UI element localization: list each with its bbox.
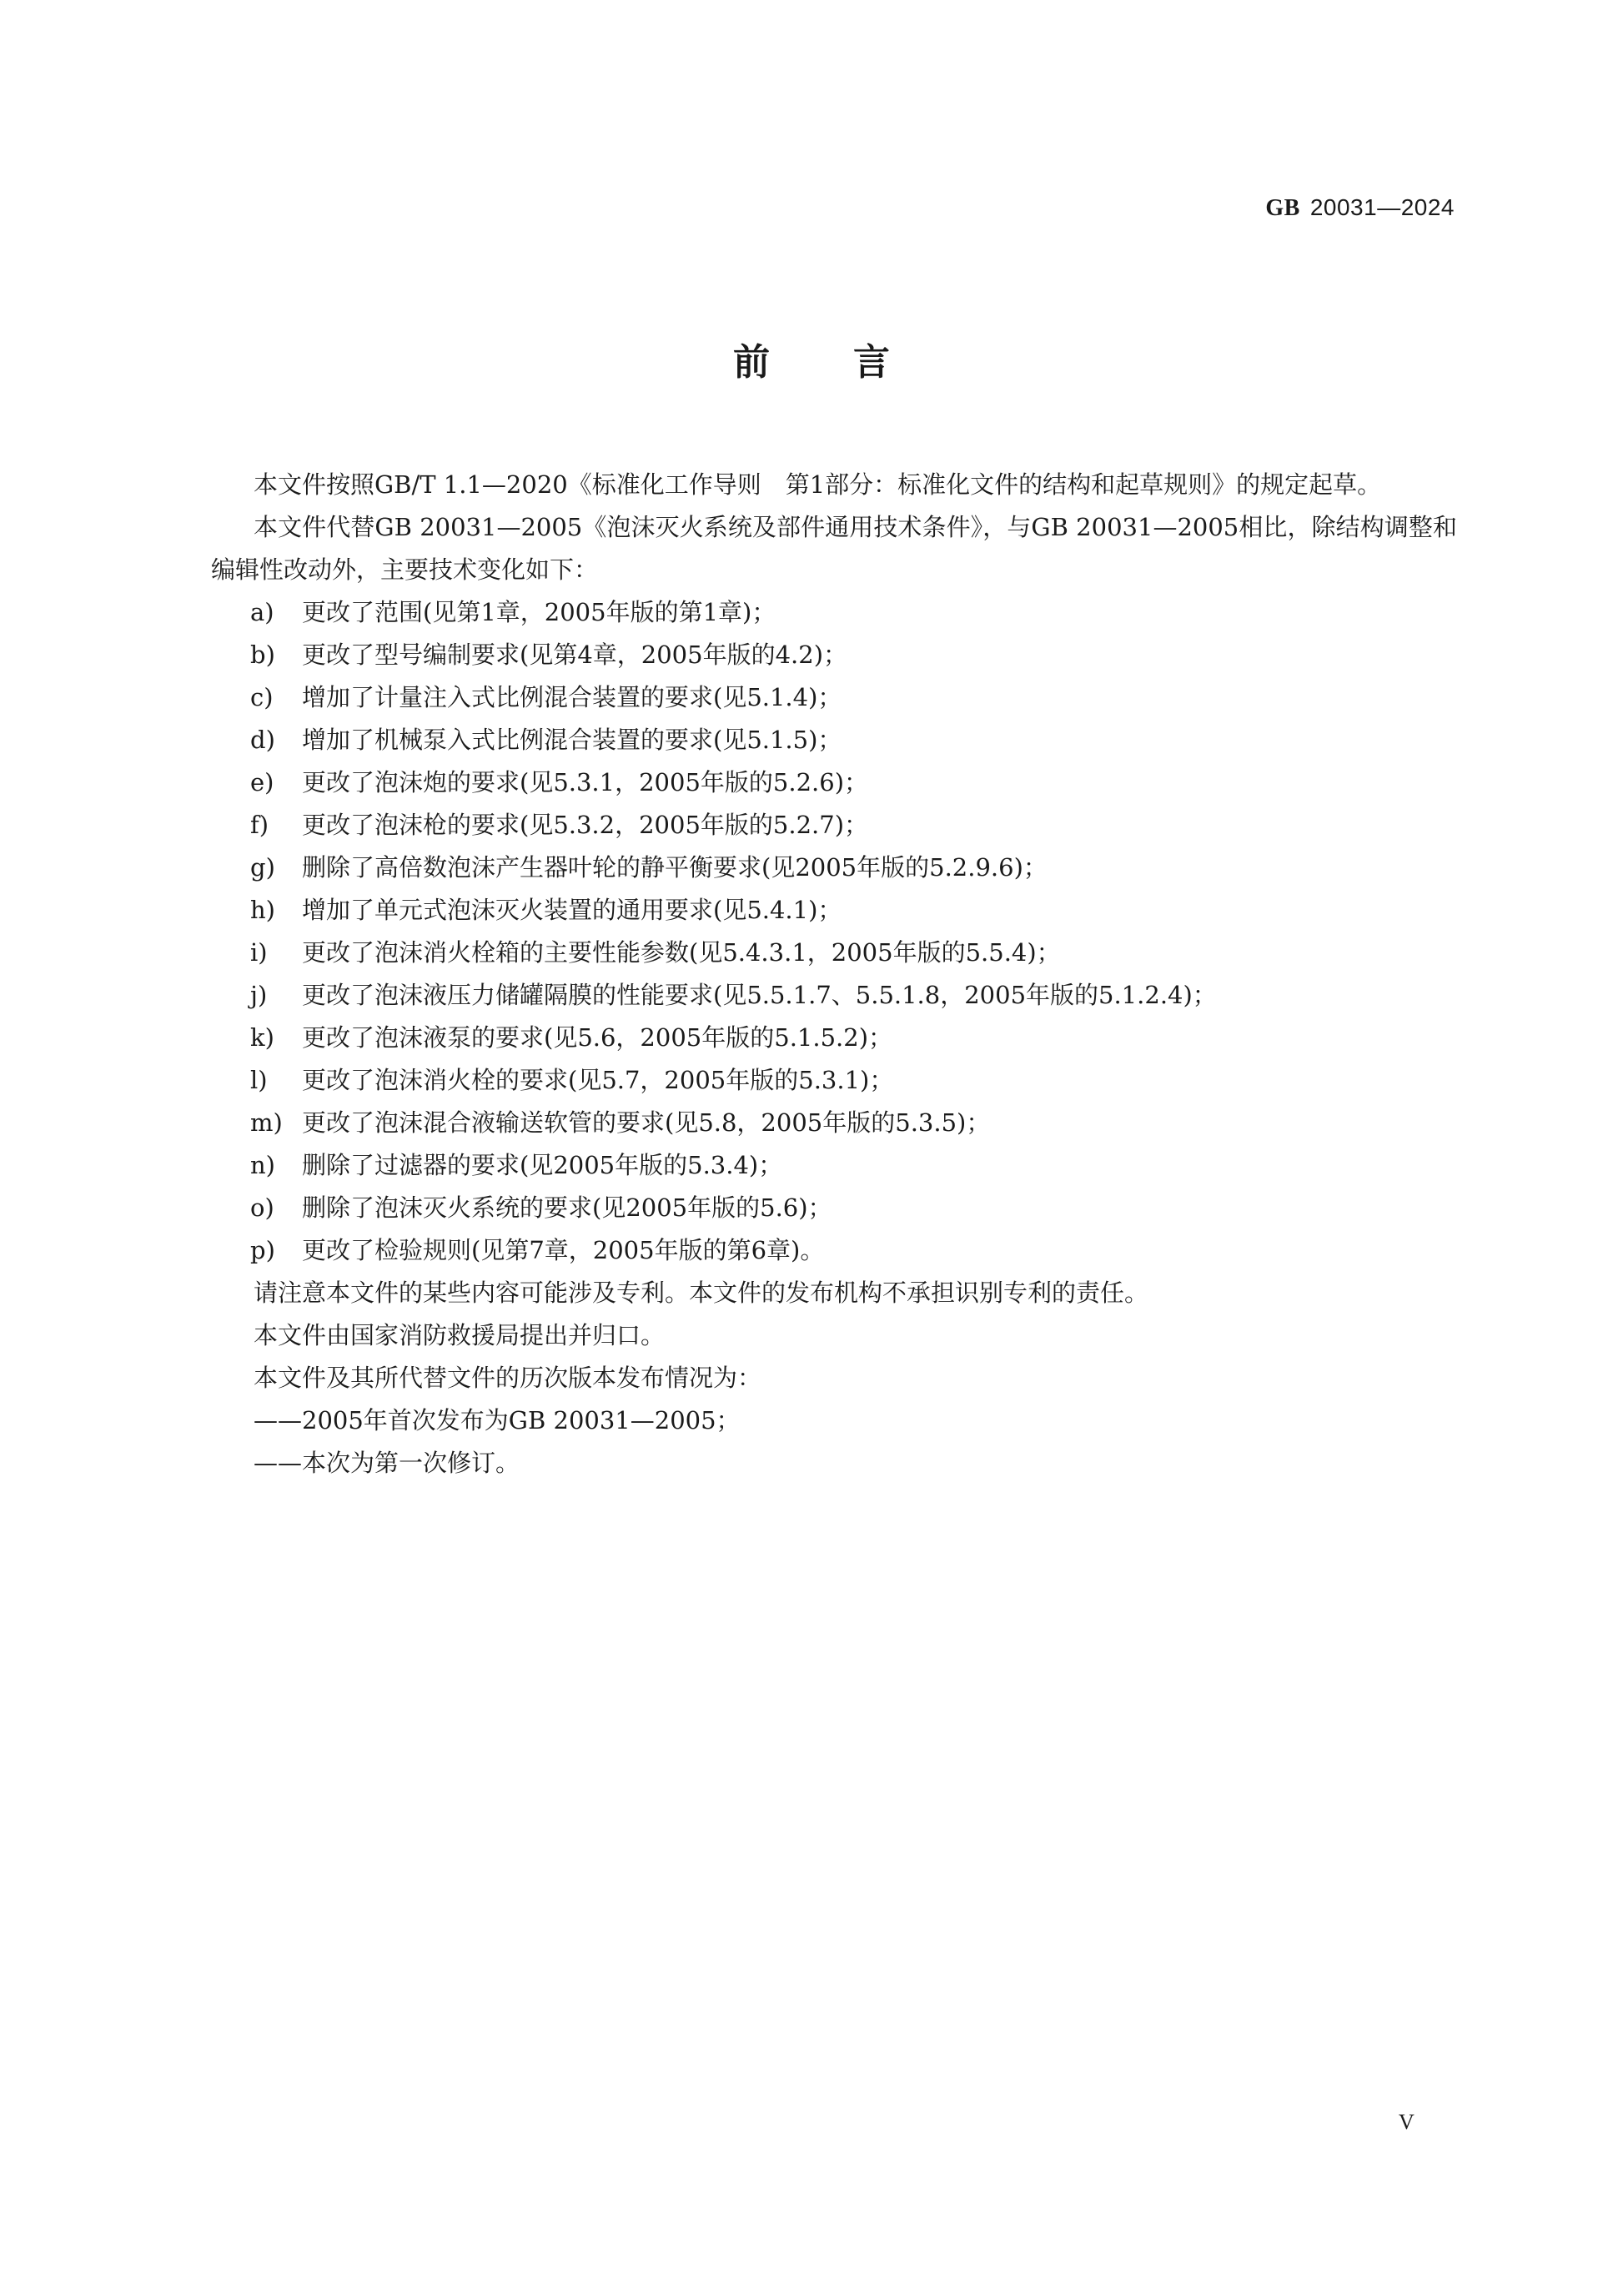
proposer-statement: 本文件由国家消防救援局提出并归口。 (211, 1314, 1457, 1357)
list-marker: k) (250, 1017, 302, 1059)
list-item-text: 增加了机械泵入式比例混合装置的要求(见5.1.5)； (302, 719, 842, 761)
drafting-rules-paragraph: 本文件按照GB/T 1.1—2020《标准化工作导则 第1部分：标准化文件的结构… (211, 464, 1457, 506)
list-marker: i) (250, 932, 302, 974)
list-marker: g) (250, 847, 302, 889)
list-item: h)增加了单元式泡沫灭火装置的通用要求(见5.4.1)； (211, 889, 1457, 932)
list-marker: b) (250, 634, 302, 676)
technical-changes-list: a)更改了范围(见第1章，2005年版的第1章)； b)更改了型号编制要求(见第… (211, 591, 1457, 1272)
list-item: o)删除了泡沫灭火系统的要求(见2005年版的5.6)； (211, 1187, 1457, 1229)
standard-number: 20031—2024 (1310, 194, 1455, 220)
list-marker: m) (250, 1102, 302, 1144)
list-marker: h) (250, 889, 302, 932)
list-item-text: 更改了泡沫混合液输送软管的要求(见5.8，2005年版的5.3.5)； (302, 1102, 990, 1144)
list-marker: p) (250, 1229, 302, 1272)
list-item: d)增加了机械泵入式比例混合装置的要求(见5.1.5)； (211, 719, 1457, 761)
list-item-text: 删除了泡沫灭火系统的要求(见2005年版的5.6)； (302, 1187, 832, 1229)
list-item: a)更改了范围(见第1章，2005年版的第1章)； (211, 591, 1457, 634)
history-item: ——本次为第一次修订。 (211, 1442, 1457, 1485)
list-marker: a) (250, 591, 302, 634)
history-item: ——2005年首次发布为GB 20031—2005； (211, 1399, 1457, 1442)
list-item-text: 更改了泡沫消火栓箱的主要性能参数(见5.4.3.1，2005年版的5.5.4)； (302, 932, 1061, 974)
list-marker: l) (250, 1059, 302, 1102)
foreword-body: 本文件按照GB/T 1.1—2020《标准化工作导则 第1部分：标准化文件的结构… (211, 464, 1457, 1485)
list-item-text: 删除了高倍数泡沫产生器叶轮的静平衡要求(见2005年版的5.2.9.6)； (302, 847, 1048, 889)
list-marker: f) (250, 804, 302, 847)
list-item-text: 更改了检验规则(见第7章，2005年版的第6章)。 (302, 1229, 824, 1272)
list-item: n)删除了过滤器的要求(见2005年版的5.3.4)； (211, 1144, 1457, 1187)
page-number: V (1399, 2110, 1414, 2135)
list-item: c)增加了计量注入式比例混合装置的要求(见5.1.4)； (211, 676, 1457, 719)
list-item-text: 增加了计量注入式比例混合装置的要求(见5.1.4)； (302, 676, 842, 719)
history-intro: 本文件及其所代替文件的历次版本发布情况为： (211, 1357, 1457, 1399)
list-item-text: 更改了型号编制要求(见第4章，2005年版的4.2)； (302, 634, 847, 676)
list-item-text: 更改了泡沫枪的要求(见5.3.2，2005年版的5.2.7)； (302, 804, 868, 847)
list-item-text: 更改了泡沫液压力储罐隔膜的性能要求(见5.5.1.7、5.5.1.8，2005年… (302, 974, 1217, 1017)
list-item: l)更改了泡沫消火栓的要求(见5.7，2005年版的5.3.1)； (211, 1059, 1457, 1102)
standard-code-header: GB20031—2024 (1265, 193, 1455, 222)
list-item-text: 更改了范围(见第1章，2005年版的第1章)； (302, 591, 776, 634)
list-item-text: 更改了泡沫消火栓的要求(见5.7，2005年版的5.3.1)； (302, 1059, 893, 1102)
list-item-text: 更改了泡沫炮的要求(见5.3.1，2005年版的5.2.6)； (302, 761, 868, 804)
list-marker: c) (250, 676, 302, 719)
standard-prefix: GB (1265, 195, 1299, 221)
list-item: p)更改了检验规则(见第7章，2005年版的第6章)。 (211, 1229, 1457, 1272)
list-item: k)更改了泡沫液泵的要求(见5.6，2005年版的5.1.5.2)； (211, 1017, 1457, 1059)
list-item: f)更改了泡沫枪的要求(见5.3.2，2005年版的5.2.7)； (211, 804, 1457, 847)
list-marker: n) (250, 1144, 302, 1187)
list-item-text: 增加了单元式泡沫灭火装置的通用要求(见5.4.1)； (302, 889, 842, 932)
list-item: b)更改了型号编制要求(见第4章，2005年版的4.2)； (211, 634, 1457, 676)
replacement-paragraph: 本文件代替GB 20031—2005《泡沫灭火系统及部件通用技术条件》，与GB … (211, 506, 1457, 591)
list-item: g)删除了高倍数泡沫产生器叶轮的静平衡要求(见2005年版的5.2.9.6)； (211, 847, 1457, 889)
list-item: m)更改了泡沫混合液输送软管的要求(见5.8，2005年版的5.3.5)； (211, 1102, 1457, 1144)
list-item-text: 更改了泡沫液泵的要求(见5.6，2005年版的5.1.5.2)； (302, 1017, 892, 1059)
list-item: e)更改了泡沫炮的要求(见5.3.1，2005年版的5.2.6)； (211, 761, 1457, 804)
list-marker: e) (250, 761, 302, 804)
list-marker: o) (250, 1187, 302, 1229)
list-marker: j) (250, 974, 302, 1017)
page-title: 前言 (0, 332, 1623, 385)
patent-notice: 请注意本文件的某些内容可能涉及专利。本文件的发布机构不承担识别专利的责任。 (211, 1272, 1457, 1314)
list-item-text: 删除了过滤器的要求(见2005年版的5.3.4)； (302, 1144, 782, 1187)
list-item: j)更改了泡沫液压力储罐隔膜的性能要求(见5.5.1.7、5.5.1.8，200… (211, 974, 1457, 1017)
list-item: i)更改了泡沫消火栓箱的主要性能参数(见5.4.3.1，2005年版的5.5.4… (211, 932, 1457, 974)
list-marker: d) (250, 719, 302, 761)
